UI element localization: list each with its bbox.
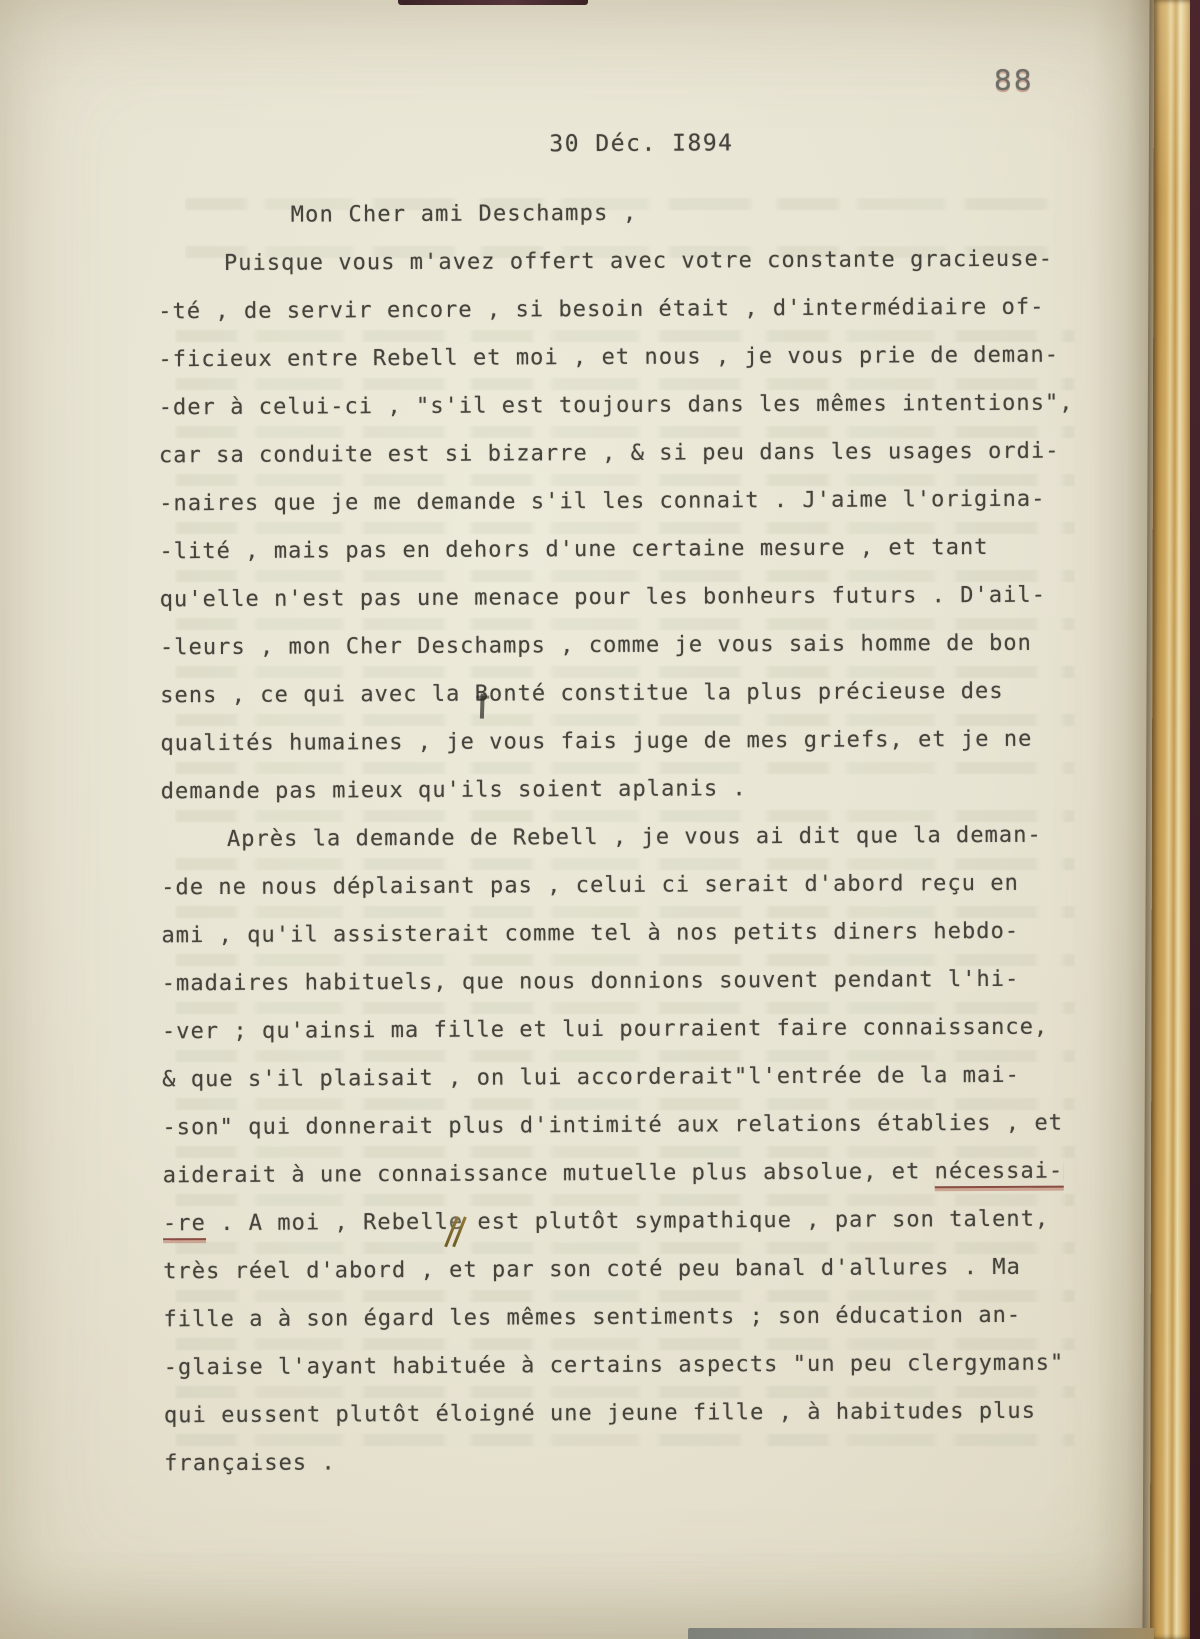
letter-line: -ver ; qu'ainsi ma fille et lui pourraie…: [162, 1003, 1122, 1056]
letter-line: très réel d'abord , et par son coté peu …: [163, 1243, 1123, 1296]
letter-line: -madaires habituels, que nous donnions s…: [162, 955, 1122, 1008]
letter-segment: qu'elle n'est pas une menace pour les bo…: [160, 583, 1046, 613]
page-number: 88: [994, 64, 1034, 97]
letter-content: 88 30 Déc. I894 Mon Cher ami Deschamps ,…: [0, 0, 1200, 1639]
letter-line: fille a à son égard les mêmes sentiments…: [163, 1291, 1123, 1344]
letter-date: 30 Déc. I894: [549, 130, 733, 157]
letter-segment: -madaires habituels, que nous donnions s…: [162, 967, 1020, 996]
letter-line: qui eussent plutôt éloigné une jeune fil…: [164, 1387, 1124, 1440]
letter-line: -té , de servir encore , si besoin était…: [158, 283, 1118, 336]
letter-segment: -leurs , mon Cher Deschamps , comme je v…: [160, 631, 1032, 661]
letter-segment: -ver ; qu'ainsi ma fille et lui pourraie…: [162, 1015, 1048, 1045]
letter-line: -son" qui donnerait plus d'intimité aux …: [162, 1099, 1122, 1152]
letter-segment: . A moi , Rebell: [206, 1210, 449, 1236]
letter-segment: demande pas mieux qu'ils soient aplanis …: [161, 776, 747, 804]
letter-segment: aiderait à une connaissance mutuelle plu…: [163, 1159, 935, 1188]
letter-segment-raised: R: [373, 346, 387, 371]
letter-segment: Puisque vous m'avez offert avec votre co…: [224, 247, 1053, 276]
letter-line: -lité , mais pas en dehors d'une certain…: [159, 523, 1119, 576]
letter-line: aiderait à une connaissance mutuelle plu…: [163, 1147, 1123, 1200]
letter-line: & que s'il plaisait , on lui accorderait…: [162, 1051, 1122, 1104]
letter-line: -re . A moi , Rebelle est plutôt sympath…: [163, 1195, 1123, 1248]
letter-line: qu'elle n'est pas une menace pour les bo…: [160, 571, 1120, 624]
letter-segment: Après la demande de Rebell , je vous ai …: [227, 823, 1042, 852]
photo-edge-top: [398, 0, 588, 5]
letter-segment: & que s'il plaisait , on lui accorderait…: [162, 1063, 1020, 1092]
letter-line: Après la demande de Rebell , je vous ai …: [161, 811, 1121, 864]
letter-line: ami , qu'il assisterait comme tel à nos …: [161, 907, 1121, 960]
letter-line: -leurs , mon Cher Deschamps , comme je v…: [160, 619, 1120, 672]
letter-segment: -ficieux entre: [158, 346, 373, 372]
letter-segment: -son" qui donnerait plus d'intimité aux …: [162, 1111, 1063, 1141]
letter-segment: qui eussent plutôt éloigné une jeune fil…: [164, 1399, 1036, 1429]
letter-segment: -der à celui-ci , "s'il est toujours dan…: [159, 391, 1074, 421]
letter-line: demande pas mieux qu'ils soient aplanis …: [161, 763, 1121, 816]
letter-line: car sa conduite est si bizarre , & si pe…: [159, 427, 1119, 480]
letter-segment: fille a à son égard les mêmes sentiments…: [163, 1303, 1021, 1332]
letter-segment-underline: -re: [163, 1211, 206, 1240]
letter-segment-slashed: e: [449, 1210, 463, 1235]
letter-line: sens , ce qui avec la Bonté constitue la…: [160, 667, 1120, 720]
letter-segment: qualités humaines , je vous fais juge de…: [160, 727, 1032, 757]
letter-segment: ami , qu'il assisterait comme tel à nos …: [161, 919, 1019, 948]
letter-segment: -naires que je me demande s'il les conna…: [159, 487, 1045, 517]
letter-segment: françaises .: [164, 1450, 336, 1476]
letter-line: -glaise l'ayant habituée à certains aspe…: [164, 1339, 1124, 1392]
letter-salutation: Mon Cher ami Deschamps ,: [291, 201, 638, 228]
letter-page-sheet: 88 30 Déc. I894 Mon Cher ami Deschamps ,…: [0, 0, 1200, 1639]
photo-edge-bottom: [688, 1628, 1154, 1639]
letter-segment-underline: nécessai-: [935, 1159, 1064, 1189]
letter-line: -naires que je me demande s'il les conna…: [159, 475, 1119, 528]
letter-line: -de ne nous déplaisant pas , celui ci se…: [161, 859, 1121, 912]
letter-line: françaises .: [164, 1435, 1124, 1488]
letter-line: -ficieux entre Rebell et moi , et nous ,…: [158, 331, 1118, 384]
letter-segment: -lité , mais pas en dehors d'une certain…: [159, 535, 988, 564]
book-cover-strip: [1190, 0, 1200, 1639]
letter-segment: ebell et moi , et nous , je vous prie de…: [387, 343, 1059, 372]
letter-segment: est plutôt sympathique , par son talent,: [463, 1207, 1049, 1235]
letter-segment: sens , ce qui avec la: [160, 682, 475, 709]
letter-segment: -té , de servir encore , si besoin était…: [158, 295, 1044, 325]
letter-segment-overstruck: B: [475, 682, 489, 707]
letter-segment: onté constitue la plus précieuse des: [489, 679, 1004, 707]
letter-segment: -de ne nous déplaisant pas , celui ci se…: [161, 871, 1019, 900]
letter-segment: -glaise l'ayant habituée à certains aspe…: [164, 1351, 1065, 1381]
letter-line: qualités humaines , je vous fais juge de…: [160, 715, 1120, 768]
letter-segment: très réel d'abord , et par son coté peu …: [163, 1255, 1021, 1284]
letter-line: Puisque vous m'avez offert avec votre co…: [158, 235, 1118, 288]
letter-body: Puisque vous m'avez offert avec votre co…: [158, 235, 1125, 1488]
letter-line: -der à celui-ci , "s'il est toujours dan…: [159, 379, 1119, 432]
letter-segment: car sa conduite est si bizarre , & si pe…: [159, 439, 1060, 469]
